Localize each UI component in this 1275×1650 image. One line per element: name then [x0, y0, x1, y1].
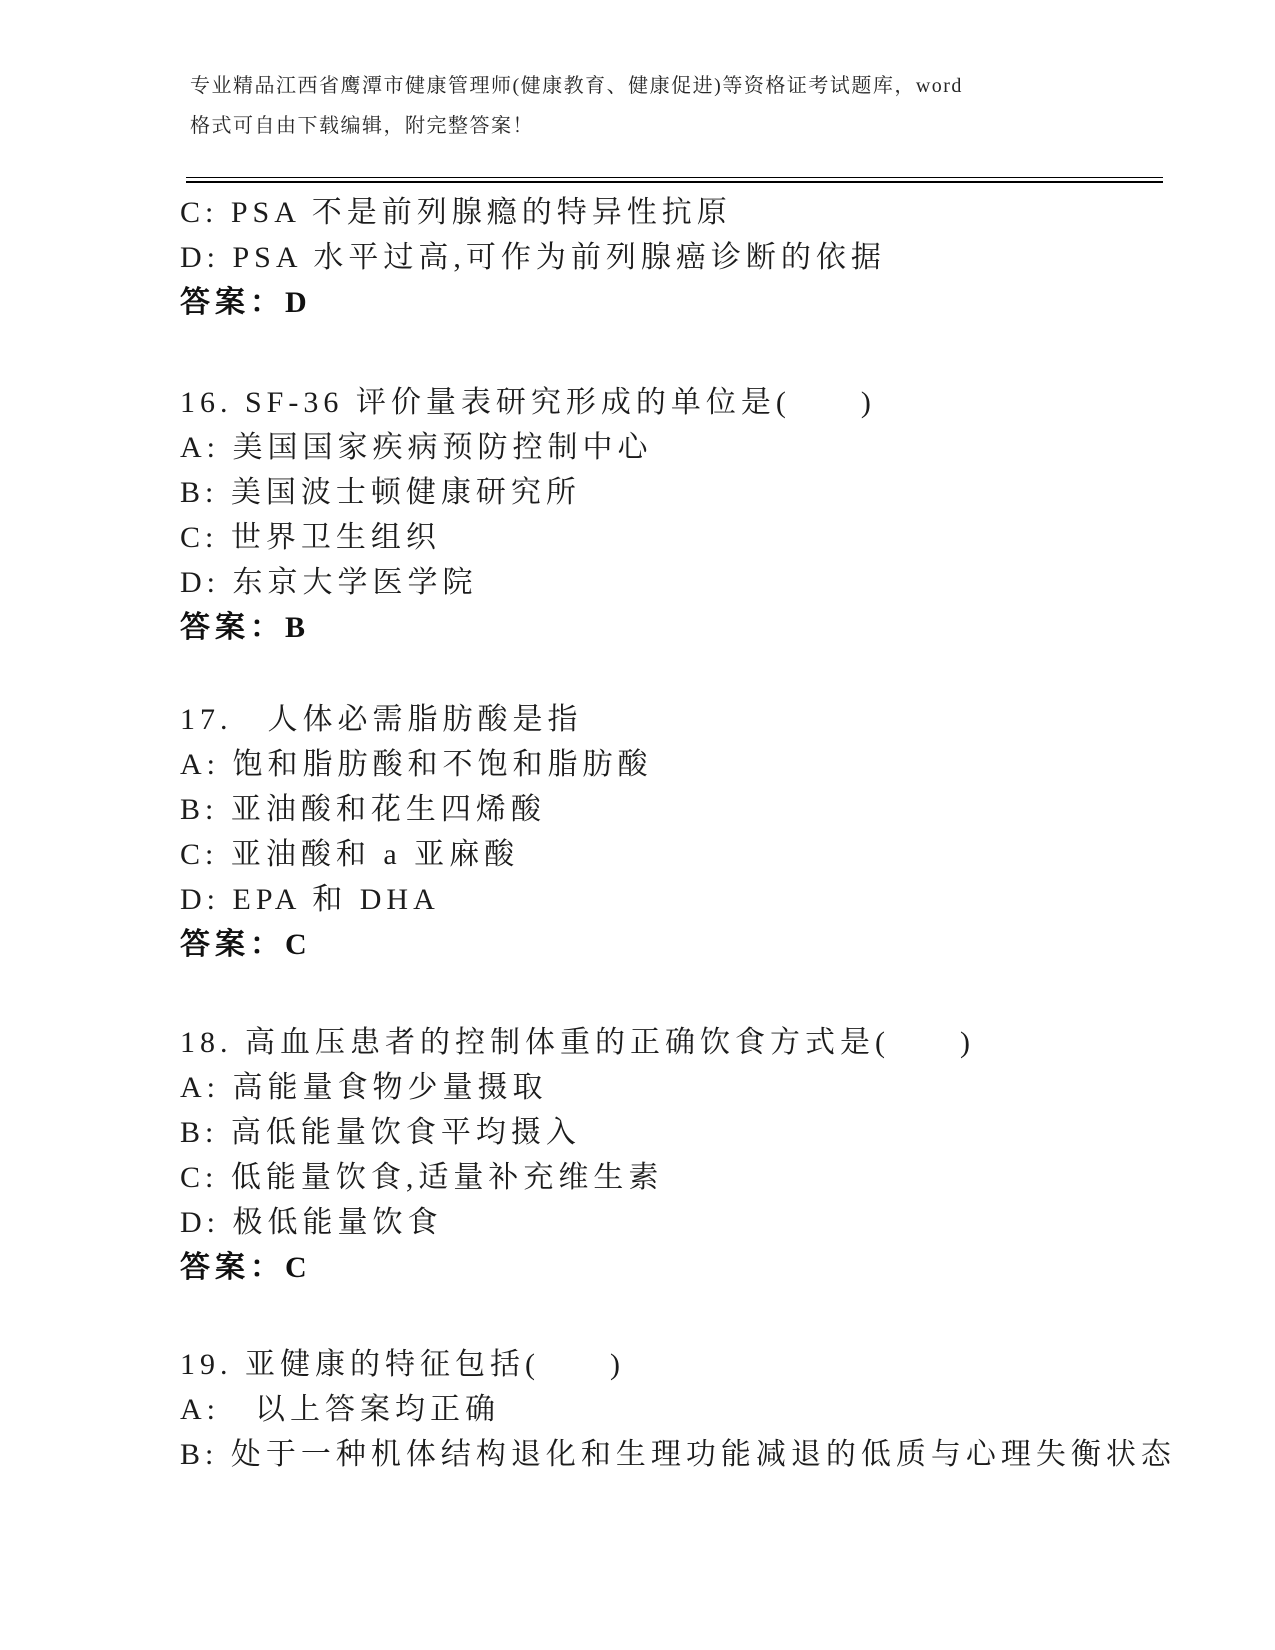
- header-line-2: 格式可自由下载编辑，附完整答案！: [190, 106, 1100, 146]
- answer-line: 答案：C: [180, 922, 1180, 967]
- option-line: B: 美国波士顿健康研究所: [180, 470, 1180, 515]
- option-line: A: 美国国家疾病预防控制中心: [180, 425, 1180, 470]
- option-line: C: 世界卫生组织: [180, 515, 1180, 560]
- question-block-18: 18. 高血压患者的控制体重的正确饮食方式是( ) A: 高能量食物少量摄取 B…: [180, 1020, 1180, 1290]
- question-title: 18. 高血压患者的控制体重的正确饮食方式是( ): [180, 1020, 1180, 1065]
- answer-line: 答案：D: [180, 280, 1180, 325]
- option-line: D: 东京大学医学院: [180, 560, 1180, 605]
- answer-line: 答案：B: [180, 605, 1180, 650]
- option-line: C: PSA 不是前列腺瘾的特异性抗原: [180, 190, 1180, 235]
- option-line: B: 处于一种机体结构退化和生理功能减退的低质与心理失衡状态: [180, 1432, 1180, 1477]
- question-block-19: 19. 亚健康的特征包括( ) A: 以上答案均正确 B: 处于一种机体结构退化…: [180, 1342, 1180, 1477]
- option-line: C: 低能量饮食,适量补充维生素: [180, 1155, 1180, 1200]
- document-page: 专业精品江西省鹰潭市健康管理师(健康教育、健康促进)等资格证考试题库，word …: [0, 0, 1275, 1650]
- option-line: A: 饱和脂肪酸和不饱和脂肪酸: [180, 742, 1180, 787]
- option-line: A: 高能量食物少量摄取: [180, 1065, 1180, 1110]
- page-header: 专业精品江西省鹰潭市健康管理师(健康教育、健康促进)等资格证考试题库，word …: [190, 66, 1100, 146]
- question-block-16: 16. SF-36 评价量表研究形成的单位是( ) A: 美国国家疾病预防控制中…: [180, 380, 1180, 650]
- option-line: D: EPA 和 DHA: [180, 877, 1180, 922]
- option-line: D: PSA 水平过高,可作为前列腺癌诊断的依据: [180, 235, 1180, 280]
- option-line: C: 亚油酸和 a 亚麻酸: [180, 832, 1180, 877]
- answer-line: 答案：C: [180, 1245, 1180, 1290]
- option-line: B: 亚油酸和花生四烯酸: [180, 787, 1180, 832]
- question-block-partial: C: PSA 不是前列腺瘾的特异性抗原 D: PSA 水平过高,可作为前列腺癌诊…: [180, 190, 1180, 325]
- question-block-17: 17. 人体必需脂肪酸是指 A: 饱和脂肪酸和不饱和脂肪酸 B: 亚油酸和花生四…: [180, 697, 1180, 967]
- question-title: 17. 人体必需脂肪酸是指: [180, 697, 1180, 742]
- option-line: D: 极低能量饮食: [180, 1200, 1180, 1245]
- option-line: B: 高低能量饮食平均摄入: [180, 1110, 1180, 1155]
- option-line: A: 以上答案均正确: [180, 1387, 1180, 1432]
- header-line-1: 专业精品江西省鹰潭市健康管理师(健康教育、健康促进)等资格证考试题库，word: [190, 66, 1100, 106]
- question-title: 19. 亚健康的特征包括( ): [180, 1342, 1180, 1387]
- question-title: 16. SF-36 评价量表研究形成的单位是( ): [180, 380, 1180, 425]
- header-separator-rule: [186, 177, 1163, 183]
